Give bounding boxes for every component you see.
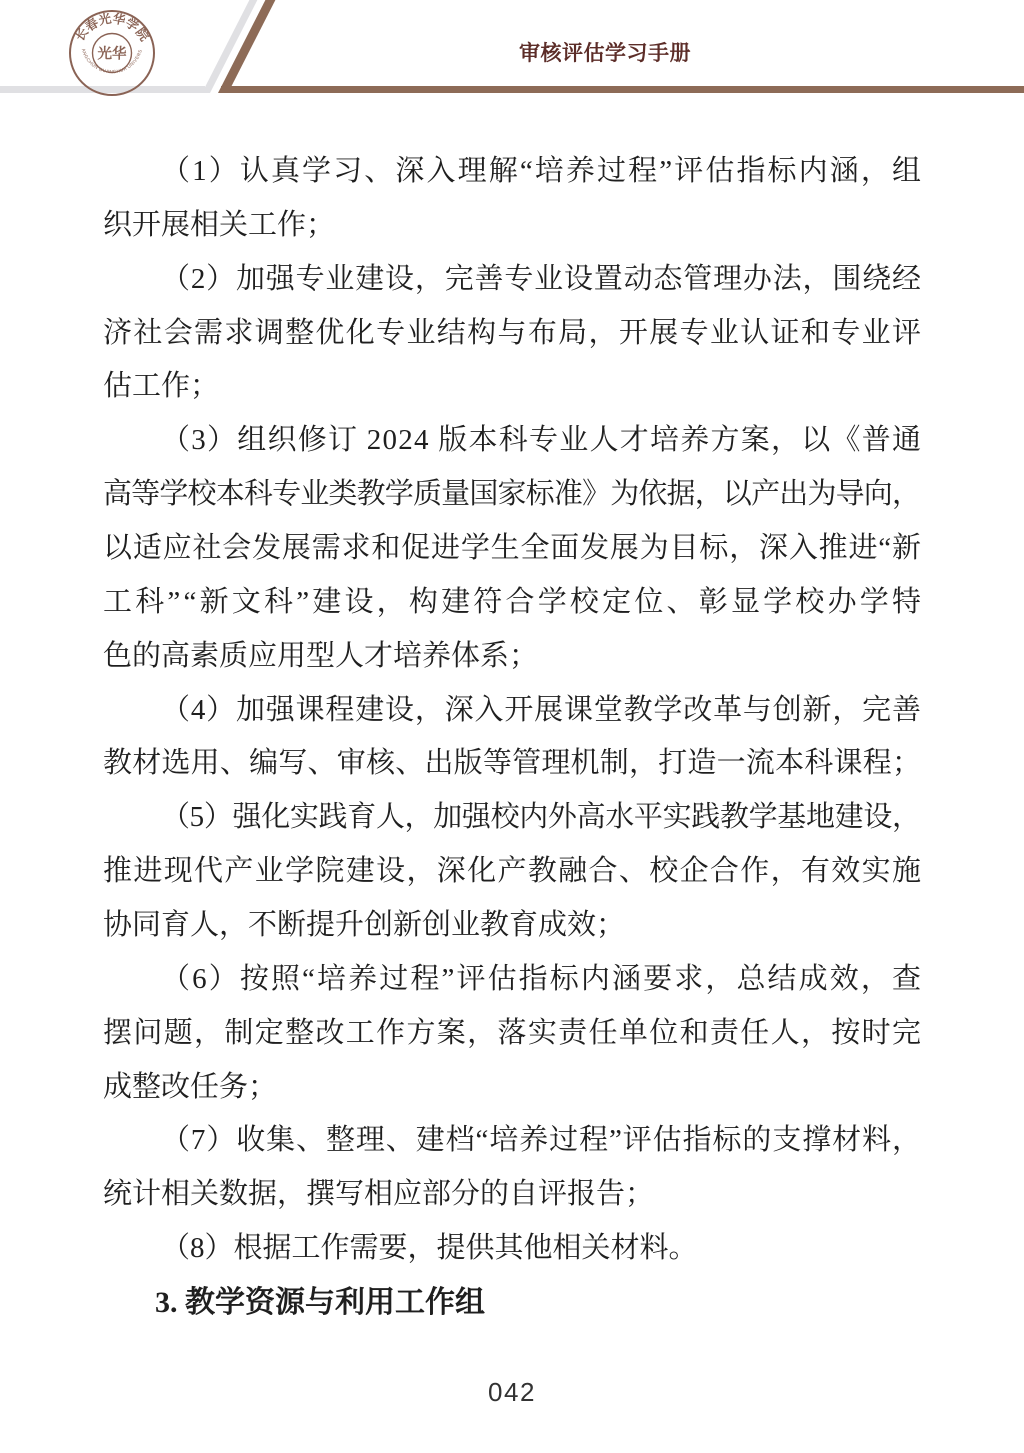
text-line: （2）加强专业建设，完善专业设置动态管理办法，围绕经 bbox=[103, 253, 921, 307]
page-header: 长春光华学院 CHANGCHUN GUANGHUA UNIVERSITY 光华 … bbox=[0, 0, 1024, 100]
logo-top-text: 长春光华学院 bbox=[72, 11, 153, 44]
text-line: 摆问题，制定整改工作方案，落实责任单位和责任人，按时完 bbox=[103, 1007, 921, 1061]
page-number: 042 bbox=[488, 1377, 536, 1407]
text-line: （3）组织修订 2024 版本科专业人才培养方案，以《普通 bbox=[103, 414, 921, 468]
section-heading: 3. 教学资源与利用工作组 bbox=[103, 1276, 921, 1330]
svg-text:长春光华学院: 长春光华学院 bbox=[72, 11, 153, 44]
university-seal-logo: 长春光华学院 CHANGCHUN GUANGHUA UNIVERSITY 光华 bbox=[68, 9, 156, 97]
text-line: 估工作； bbox=[103, 360, 921, 414]
text-line: 高等学校本科专业类教学质量国家标准》为依据，以产出为导向， bbox=[103, 468, 921, 522]
body-text: （1）认真学习、深入理解“培养过程”评估指标内涵，组织开展相关工作；（2）加强专… bbox=[103, 145, 921, 1330]
header-brown-rule bbox=[221, 86, 1024, 93]
text-line: 协同育人，不断提升创新创业教育成效； bbox=[103, 899, 921, 953]
paragraph-lines: （1）认真学习、深入理解“培养过程”评估指标内涵，组织开展相关工作；（2）加强专… bbox=[103, 145, 921, 1276]
text-line: 织开展相关工作； bbox=[103, 199, 921, 253]
page-footer: 042 bbox=[0, 1377, 1024, 1407]
text-line: 教材选用、编写、审核、出版等管理机制，打造一流本科课程； bbox=[103, 737, 921, 791]
text-line: 色的高素质应用型人才培养体系； bbox=[103, 630, 921, 684]
page-title: 审核评估学习手册 bbox=[519, 41, 691, 65]
text-line: （7）收集、整理、建档“培养过程”评估指标的支撑材料， bbox=[103, 1114, 921, 1168]
text-line: 推进现代产业学院建设，深化产教融合、校企合作，有效实施 bbox=[103, 845, 921, 899]
text-line: 工科”“新文科”建设，构建符合学校定位、彰显学校办学特 bbox=[103, 576, 921, 630]
text-line: 成整改任务； bbox=[103, 1061, 921, 1115]
text-line: 济社会需求调整优化专业结构与布局，开展专业认证和专业评 bbox=[103, 307, 921, 361]
text-line: （8）根据工作需要，提供其他相关材料。 bbox=[103, 1222, 921, 1276]
text-line: 统计相关数据，撰写相应部分的自评报告； bbox=[103, 1168, 921, 1222]
text-line: 以适应社会发展需求和促进学生全面发展为目标，深入推进“新 bbox=[103, 522, 921, 576]
logo-center-emblem-text: 光华 bbox=[98, 45, 127, 63]
text-line: （5）强化实践育人，加强校内外高水平实践教学基地建设， bbox=[103, 791, 921, 845]
text-line: （1）认真学习、深入理解“培养过程”评估指标内涵，组 bbox=[103, 145, 921, 199]
text-line: （4）加强课程建设，深入开展课堂教学改革与创新，完善 bbox=[103, 684, 921, 738]
text-line: （6）按照“培养过程”评估指标内涵要求，总结成效，查 bbox=[103, 953, 921, 1007]
document-page: 长春光华学院 CHANGCHUN GUANGHUA UNIVERSITY 光华 … bbox=[0, 0, 1024, 1453]
